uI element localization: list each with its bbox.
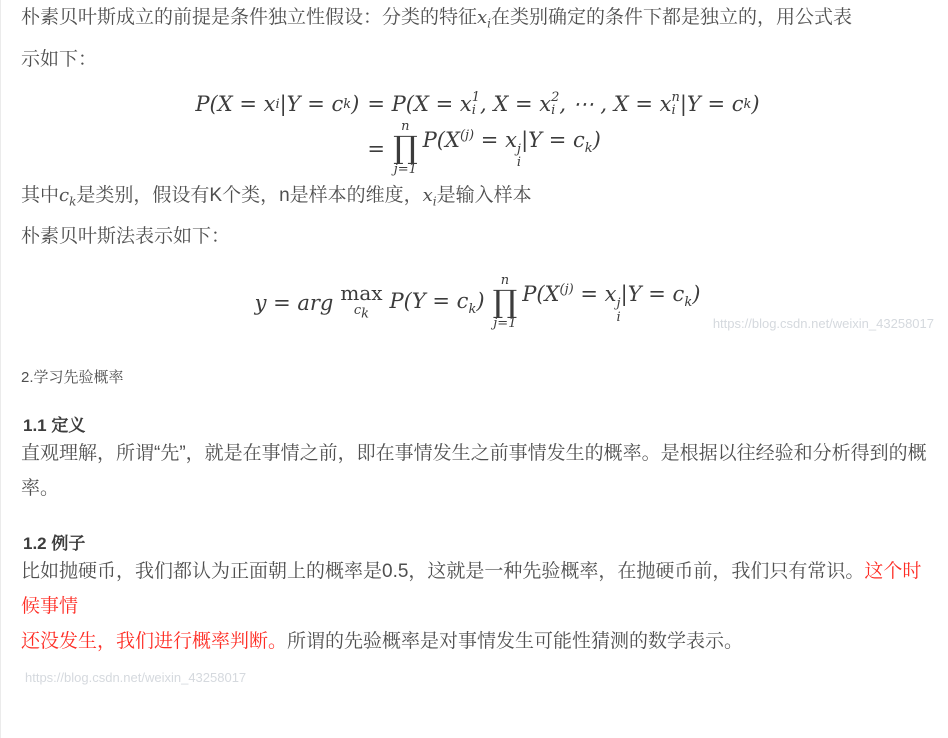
highlight-red-text: 这个时候事情还没发生，我们进行概率判断。 [21,561,921,652]
paragraph-independence-assumption: 朴素贝叶斯成立的前提是条件独立性假设：分类的特征xi在类别确定的条件下都是独立的… [21,0,934,77]
heading-definition: 1.1 定义 [23,416,934,436]
max-operator: maxck [340,283,382,323]
paragraph-variable-definitions: 其中ck是类别，假设有K个类，n是样本的维度，xi是输入样本 [21,178,934,220]
product-operator: n∏j=1 [493,274,518,332]
formula-classifier-wrapper: y = arg maxckP(Y = ck)n∏j=1P(X(j) = xji|… [21,274,934,332]
product-operator: n∏j=1 [393,120,418,178]
formula-rhs-line2: = n∏j=1P(X(j) = xji|Y = ck) [367,120,759,178]
paragraph-coin-example: 比如抛硬币，我们都认为正面朝上的概率是0.5，这就是一种先验概率，在抛硬币前，我… [21,554,934,695]
formula-conditional-independence: P(X = xi|Y = ck) = P(X = x1i, X = x2i, ⋯… [195,91,759,178]
paragraph-prior-definition: 直观理解，所谓“先”，就是在事情之前，即在事情发生之前事情发生的概率。是根据以往… [21,436,934,506]
formula-spacer [195,120,359,178]
watermark-text: https://blog.csdn.net/weixin_43258017 [21,316,934,332]
watermark-text: https://blog.csdn.net/weixin_43258017 [21,670,246,685]
section-label-learning-prior: 2.学习先验概率 [21,368,934,388]
inline-math-xi: xi [477,7,491,28]
formula-rhs-line1: = P(X = x1i, X = x2i, ⋯ , X = xni|Y = ck… [367,91,759,118]
formula-lhs: P(X = xi|Y = ck) [195,91,359,118]
heading-example: 1.2 例子 [23,534,934,554]
article-content: 朴素贝叶斯成立的前提是条件独立性假设：分类的特征xi在类别确定的条件下都是独立的… [0,0,948,738]
inline-math-ck: ck [59,185,76,206]
inline-math-xi: xi [423,185,437,206]
paragraph-nb-intro: 朴素贝叶斯法表示如下： [21,219,934,254]
